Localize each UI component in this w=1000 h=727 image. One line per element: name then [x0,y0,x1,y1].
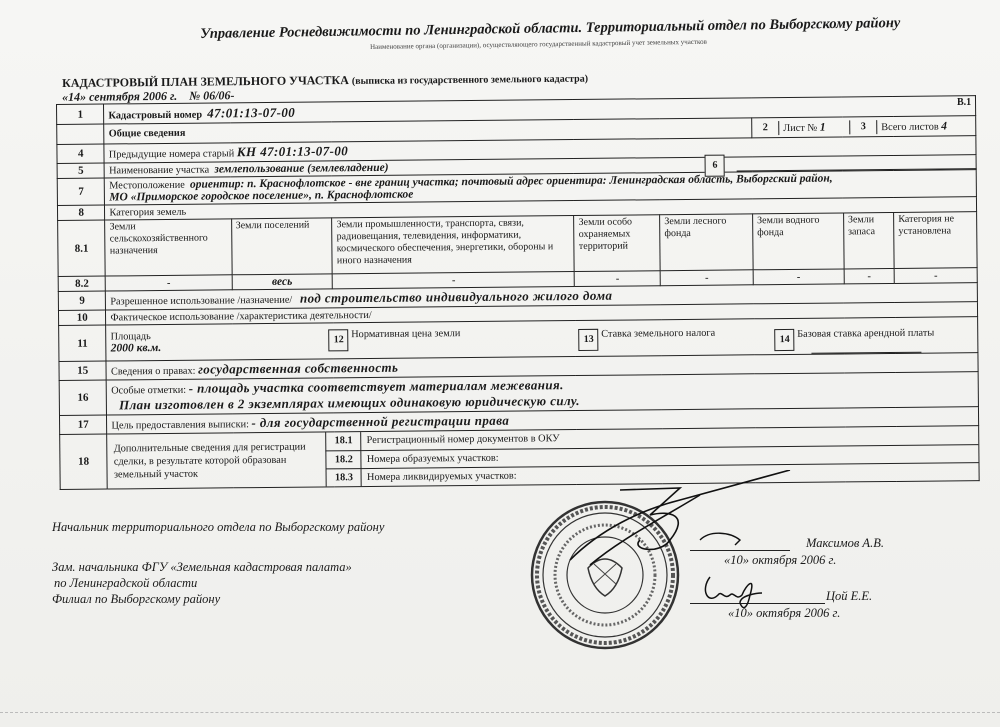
organization-caption: Наименование органа (организации), осуще… [370,38,707,51]
document-page: Управление Роснедвижимости по Ленинградс… [0,0,1000,727]
normative-price-label: Нормативная цена земли [351,328,460,340]
sheet-info-table: 2 Лист № 1 3 Всего листов 4 [752,119,975,135]
document-number: № 06/06- [189,88,234,102]
area-label: Площадь [111,331,151,342]
row-number: 8.2 [58,276,106,291]
sheet-value: 1 [820,121,826,133]
general-info-label: Общие сведения [109,128,186,140]
row-number: 11 [59,325,107,361]
row-number: 15 [59,361,107,380]
base-rent-label: Базовая ставка арендной платы [797,328,934,340]
organization-name: Управление Роснедвижимости по Ленинградс… [200,15,900,43]
plot-name-label: Наименование участка [109,165,209,177]
field-14: 14 Базовая ставка арендной платы [775,328,935,352]
total-field-number: 3 [850,120,877,134]
row-number: 7 [57,178,105,205]
sub-row-number: 18.3 [326,468,361,486]
category-value: - [894,268,977,284]
head-title: Начальник территориального отдела по Выб… [52,520,384,535]
category-value: - [844,268,895,283]
sheet-field-number: 2 [752,121,779,135]
location-value-line2: МО «Приморское городское поселение», п. … [109,189,413,204]
additional-info-label: Дополнительные сведения для регистрации … [108,432,327,488]
additional-info-table: Дополнительные сведения для регистрации … [108,426,979,488]
category-value: - [575,271,661,287]
category-protected: Земли особо охраняемых территорий [574,215,660,272]
row-number: 17 [59,415,107,434]
field-13-box: 13 [579,329,599,351]
plot-name-value: землепользование (землевладение) [214,162,388,176]
form-row-18: 18 Дополнительные сведения для регистрац… [60,426,979,490]
sub-row-number: 18.2 [326,450,361,468]
permitted-use-label: Разрешенное использование /назначение/ [110,295,292,308]
document-title: КАДАСТРОВЫЙ ПЛАН ЗЕМЕЛЬНОГО УЧАСТКА (вып… [62,70,588,91]
rights-label: Сведения о правах: [111,366,196,378]
category-value: - [106,275,232,291]
category-settlements: Земли поселений [231,218,332,275]
document-title-sub: (выписка из государственного земельного … [352,73,588,86]
row-number: 8 [57,205,105,220]
sheet-label: Лист № [783,122,817,133]
category-reserve: Земли запаса [843,212,894,268]
field-12-box: 12 [329,329,349,351]
category-value: - [660,270,753,286]
deputy-name: Цой Е.Е. [826,589,872,604]
field-12: 12 Нормативная цена земли [329,328,461,351]
row-number: 5 [57,163,105,178]
category-value: весь [232,274,333,290]
document-date: «14» сентября 2006 г. [62,89,177,104]
category-not-set: Категория не установлена [894,212,977,269]
row-number: 9 [58,291,106,310]
deputy-title-line1: Зам. начальника ФГУ «Земельная кадастров… [52,560,352,575]
sheet-info-cell: 2 Лист № 1 3 Всего листов 4 [752,116,976,138]
sheet-number-cell: Лист № 1 [779,120,850,135]
row-number: 8.1 [58,220,106,276]
cadastral-form: 1 Кадастровый номер 47:01:13-07-00 Общие… [56,95,980,490]
total-sheets-cell: Всего листов 4 [877,119,976,134]
category-water: Земли водного фонда [753,213,844,270]
permitted-use-value: под строительство индивидуального жилого… [300,288,613,306]
category-agricultural: Земли сельскохозяйственного назначения [105,219,232,276]
deputy-title-line2: по Ленинградской области [54,576,197,591]
category-industrial: Земли промышленности, транспорта, связи,… [332,216,575,274]
cadastral-number-value: 47:01:13-07-00 [207,104,295,120]
deputy-title-line3: Филиал по Выборгскому району [52,592,220,607]
row-number-empty [57,124,105,144]
row-number: 4 [57,144,105,163]
special-notes-line2: План изготовлен в 2 экземплярах имеющих … [119,393,580,412]
row-number: 16 [59,380,107,415]
head-name: Максимов А.В. [806,536,884,551]
category-value: - [753,269,844,285]
category-forest: Земли лесного фонда [660,214,753,271]
total-sheets-value: 4 [941,120,947,132]
area-value: 2000 кв.м. [111,342,162,354]
cadastral-number-label: Кадастровый номер [108,109,202,121]
purpose-value: - для государственной регистрации права [251,413,509,430]
row-number: 1 [57,104,105,124]
special-notes-label: Особые отметки: [111,385,186,397]
sub-row-number: 18.1 [326,432,361,450]
location-label: Местоположение [109,180,185,192]
field-13: 13 Ставка земельного налога [579,328,716,351]
form-row-8-1: 8.1 Земли сельскохозяйственного назначен… [58,212,977,277]
form-table: 1 Кадастровый номер 47:01:13-07-00 Общие… [56,95,980,490]
deputy-signature-icon [700,565,770,615]
field-14-box: 14 [775,329,795,351]
additional-info-cell: Дополнительные сведения для регистрации … [107,426,979,489]
field-6-box: 6 [705,155,725,177]
rights-value: государственная собственность [198,360,398,377]
land-tax-label: Ставка земельного налога [601,328,715,340]
row-number: 10 [58,310,106,325]
document-title-main: КАДАСТРОВЫЙ ПЛАН ЗЕМЕЛЬНОГО УЧАСТКА [62,73,349,90]
total-sheets-label: Всего листов [881,121,939,133]
scan-edge-line [0,712,1000,713]
previous-numbers-label: Предыдущие номера старый [109,148,234,160]
purpose-label: Цель предоставления выписки: [111,419,249,431]
previous-numbers-value: КН 47:01:13-07-00 [237,143,348,159]
row-number: 18 [60,434,108,489]
